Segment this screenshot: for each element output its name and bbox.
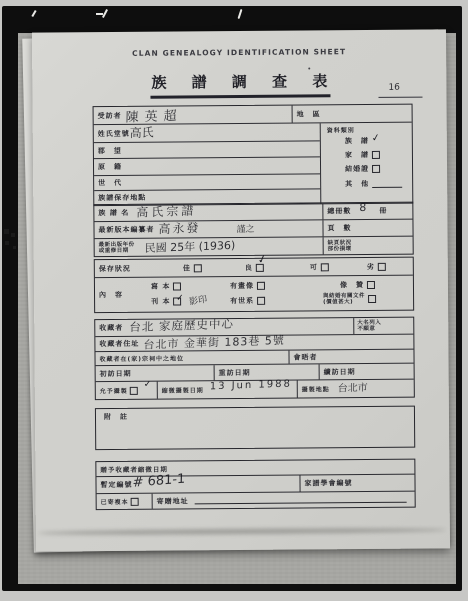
surname-hall-value: 高氏 (130, 123, 154, 141)
volumes-unit: 冊 (375, 206, 387, 216)
generation-label: 世 代 (94, 178, 122, 188)
area-label: 地 區 (293, 109, 321, 119)
interviewee-label: 受訪者 (94, 110, 122, 120)
paper-crease-shadow (38, 527, 446, 535)
compiler-note: 謹之 (236, 222, 254, 236)
section-genealogy-table: 族 譜 名 高氏宗譜 總冊數 8 冊 最新版本編纂者 高永發 謹之 頁 數 最新… (93, 202, 413, 258)
temp-number-value: # 681-1 (132, 472, 185, 491)
category-zupu-label: 族 譜 (345, 136, 369, 146)
marriage-cert-checkbox (372, 165, 380, 173)
interviewee-value: 陳英超 (125, 105, 182, 126)
genealogy-name-value: 高氏宗譜 (136, 202, 196, 221)
notes-label: 附 註 (100, 412, 128, 422)
film-place-label: 攝製地點 (298, 384, 330, 393)
gift-film-date-label: 贈予收藏者縮微日期 (96, 464, 168, 474)
condition-good-checkbox (194, 264, 202, 272)
compiler-label: 最新版本編纂者 (94, 225, 154, 235)
film-edge-mark (13, 246, 16, 249)
storage-place-label: 族譜保存地點 (94, 193, 146, 203)
content-marriage-label-line2: (價值甚大) (323, 299, 365, 305)
title-underline (150, 94, 330, 98)
content-label: 內 容 (95, 290, 123, 300)
film-consent-checkbox (130, 386, 138, 394)
revisit-label: 重訪日期 (215, 367, 251, 377)
pubdate-value: 民國 25年 (1936) (145, 237, 236, 256)
first-visit-label: 初訪日期 (96, 368, 132, 378)
marriage-doc-checkbox (368, 295, 376, 303)
copy-sent-checkbox (131, 497, 139, 505)
owner-label: 收藏者 (95, 323, 123, 333)
volumes-label: 總冊數 (323, 206, 351, 216)
condition-label: 保存狀況 (95, 263, 131, 273)
ink-speck (308, 67, 310, 69)
owner-value: 台北 家庭歷史中心 (129, 316, 234, 336)
condition-poor-checkbox (378, 262, 386, 270)
zupu-checkmark: ✓ (372, 138, 380, 139)
condition-fine-checkmark: ✓ (258, 258, 267, 260)
content-eulogy-label: 像 贊 (340, 280, 364, 290)
condition-ok-checkbox (321, 263, 329, 271)
copy-sent-label: 已寄複本 (97, 497, 129, 506)
section-numbers-table: 贈予收藏者縮微日期 暫定編號 # 681-1 家譜學會編號 已寄複本 寄贈地址 (95, 459, 415, 511)
gift-address-blank-line (195, 496, 407, 505)
film-place-value: 台北市 (338, 379, 368, 395)
portrait-checkbox (257, 282, 265, 290)
film-scratch-mark (96, 13, 103, 15)
missing-pages-label-line1: 缺頁狀況 (328, 240, 352, 246)
content-lineage-label: 有世系 (230, 296, 254, 306)
missing-pages-label-line2: 部份損壞 (328, 246, 352, 252)
compiler-value: 高永發 (158, 219, 200, 237)
followup-visit-label: 續訪日期 (320, 367, 356, 377)
film-edge-mark (11, 233, 15, 237)
owner-position-label: 收藏者在(家)宗祠中之地位 (95, 353, 184, 363)
content-portrait-label: 有畫像 (230, 281, 254, 291)
volumes-value: 8 (359, 201, 366, 214)
manuscript-checkbox (173, 282, 181, 290)
category-marriage-label: 結婚證 (345, 164, 369, 174)
film-consent-label: 允予攝製 (96, 386, 128, 395)
content-manuscript-label: 寫 本 (151, 282, 171, 292)
section-owner-table: 收藏者 台北 家庭歷史中心 大名列入 不願意 收藏者住址 台北市 金華街 183… (94, 317, 415, 401)
origin-label: 原 籍 (94, 162, 122, 172)
english-header: CLAN GENEALOGY IDENTIFICATION SHEET (32, 46, 446, 58)
film-date-value: 13 Jun 1988 (210, 379, 292, 393)
jiapu-checkbox (372, 151, 380, 159)
temp-number-label: 暫定編號 (96, 480, 132, 490)
meeting-person-label: 會晤者 (289, 352, 317, 362)
surname-hall-label: 姓氏堂號 (94, 128, 130, 138)
genealogy-name-label: 族 譜 名 (94, 208, 129, 218)
condition-ok-label: 可 (310, 262, 318, 272)
form-title: 族 譜 調 查 表 (32, 69, 446, 93)
junwang-label: 郡 望 (94, 145, 122, 155)
film-edge-mark (5, 241, 9, 245)
pages-label: 頁 數 (323, 223, 351, 233)
condition-poor-label: 劣 (367, 261, 375, 271)
section-notes-box: 附 註 (95, 406, 415, 451)
owner-address-value: 台北市 金華街 183巷 5號 (143, 332, 285, 353)
category-label: 資料類別 (323, 125, 355, 134)
lineage-checkbox (257, 297, 265, 305)
film-edge-mark (4, 229, 9, 234)
sheet-number: 16 (388, 83, 400, 93)
other-blank-line (372, 180, 402, 187)
condition-fine-label: 良 (245, 262, 253, 272)
owner-listing-label-line2: 不願意 (357, 326, 381, 332)
section-condition-table: 保存狀況 佳 良 ✓ 可 劣 內 容 寫 本 (94, 257, 414, 314)
category-other-label: 其 他 (345, 179, 369, 189)
pubdate-label-line2: 或重修日期 (99, 247, 135, 253)
sheet-number-line (378, 97, 422, 99)
society-number-label: 家譜學會編號 (300, 478, 352, 488)
genealogy-form-page: CLAN GENEALOGY IDENTIFICATION SHEET 族 譜 … (32, 29, 450, 551)
eulogy-checkbox (367, 281, 375, 289)
content-printed-label: 刊 本 (151, 297, 171, 307)
pubdate-label-line1: 最新出版年份 (99, 241, 135, 247)
category-jiapu-label: 家 譜 (345, 150, 369, 160)
condition-good-label: 佳 (183, 263, 191, 273)
section-identity-table: 受訪者 陳英超 地 區 姓氏堂號 高氏 郡 望 原 籍 世 代 (93, 104, 414, 207)
owner-address-label: 收藏者住址 (95, 339, 139, 349)
gift-address-label: 寄贈地址 (153, 496, 189, 506)
film-date-label: 縮微攝製日期 (158, 385, 204, 394)
printed-note: 影印 (188, 292, 208, 308)
